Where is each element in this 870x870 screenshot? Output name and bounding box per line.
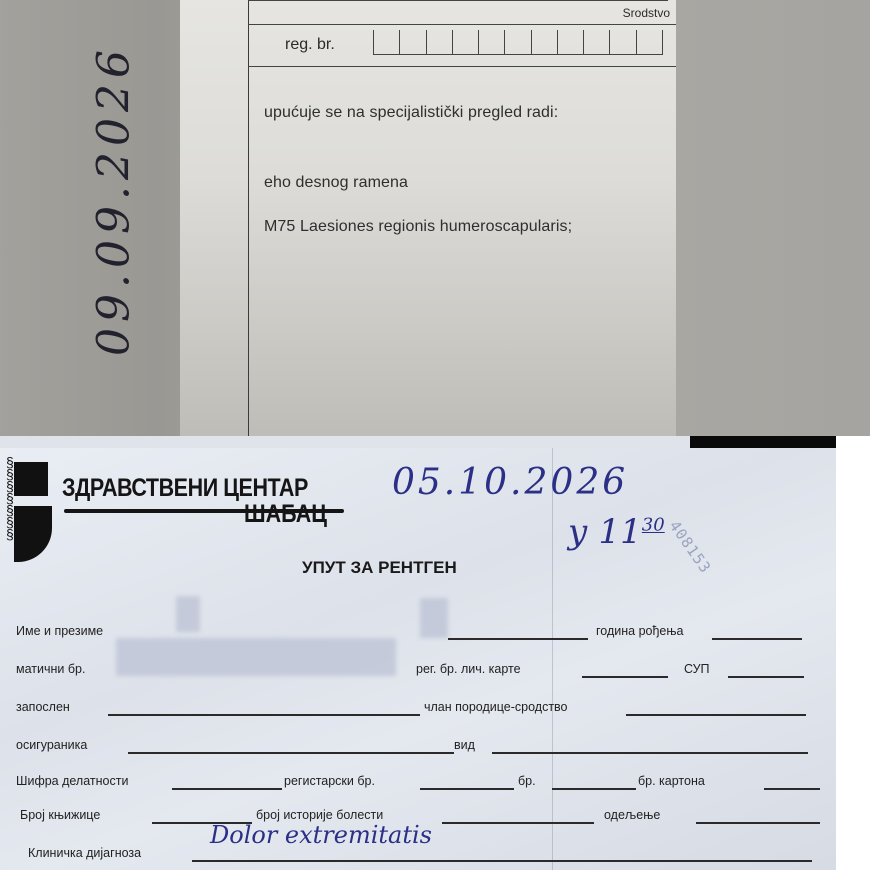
kinship-label: Srodstvo — [623, 6, 670, 20]
caduceus-icon: §§§§§§§ — [6, 456, 18, 562]
diagnosis-text: M75 Laesiones regionis humeroscapularis; — [264, 218, 572, 236]
reg-number-boxes — [373, 30, 663, 55]
handwritten-date-bottom: 05.10.2026 — [392, 462, 628, 503]
sup-label: СУП — [684, 662, 710, 676]
form-title: УПУТ ЗА РЕНТГЕН — [302, 558, 457, 578]
exam-text: eho desnog ramena — [264, 174, 408, 192]
divider — [248, 0, 668, 1]
redacted-area — [420, 598, 448, 638]
type-label: вид — [454, 738, 475, 752]
clinical-diagnosis-label: Клиничка дијагноза — [28, 846, 141, 860]
activity-code-label: Шифра делатности — [16, 774, 128, 788]
number-label: бр. — [518, 774, 536, 788]
birth-year-label: година рођења — [596, 624, 683, 638]
organization-city: ШАБАЦ — [244, 500, 327, 529]
booklet-number-label: Број књижице — [20, 808, 100, 822]
family-member-label: члан породице-сродство — [424, 700, 568, 714]
id-number-label: матични бр. — [16, 662, 85, 676]
card-number-label: бр. картона — [638, 774, 705, 788]
insured-label: осигураника — [16, 738, 87, 752]
xray-referral-form: §§§§§§§ ЗДРАВСТВЕНИ ЦЕНТАР ШАБАЦ УПУТ ЗА… — [0, 448, 836, 870]
referral-intro: upućuje se na specijalistički pregled ra… — [264, 104, 558, 122]
employed-label: запослен — [16, 700, 70, 714]
referral-form-latin: Srodstvo reg. br. upućuje se na specijal… — [180, 0, 676, 440]
divider — [248, 24, 676, 25]
handwritten-time: у 1130 — [568, 512, 665, 552]
redacted-area — [116, 638, 396, 676]
name-label: Име и презиме — [16, 624, 103, 638]
health-center-logo: §§§§§§§ — [6, 456, 50, 562]
redacted-area — [176, 596, 200, 632]
divider — [248, 66, 676, 67]
stamp-number: 408153 — [665, 517, 714, 577]
organization-name: ЗДРАВСТВЕНИ ЦЕНТАР — [62, 474, 308, 503]
background-edge — [836, 436, 870, 870]
id-card-label: рег. бр. лич. карте — [416, 662, 521, 676]
handwritten-date-top: 09.09.2026 — [89, 44, 140, 356]
reg-number-label: регистарски бр. — [284, 774, 375, 788]
department-label: одељење — [604, 808, 660, 822]
paper-fold — [552, 448, 553, 870]
reg-number-label: reg. br. — [285, 36, 335, 54]
top-document-photo: Srodstvo reg. br. upućuje se na specijal… — [0, 0, 870, 440]
handwritten-diagnosis: Dolor extremitatis — [210, 821, 432, 849]
history-number-label: број историје болести — [256, 808, 383, 822]
